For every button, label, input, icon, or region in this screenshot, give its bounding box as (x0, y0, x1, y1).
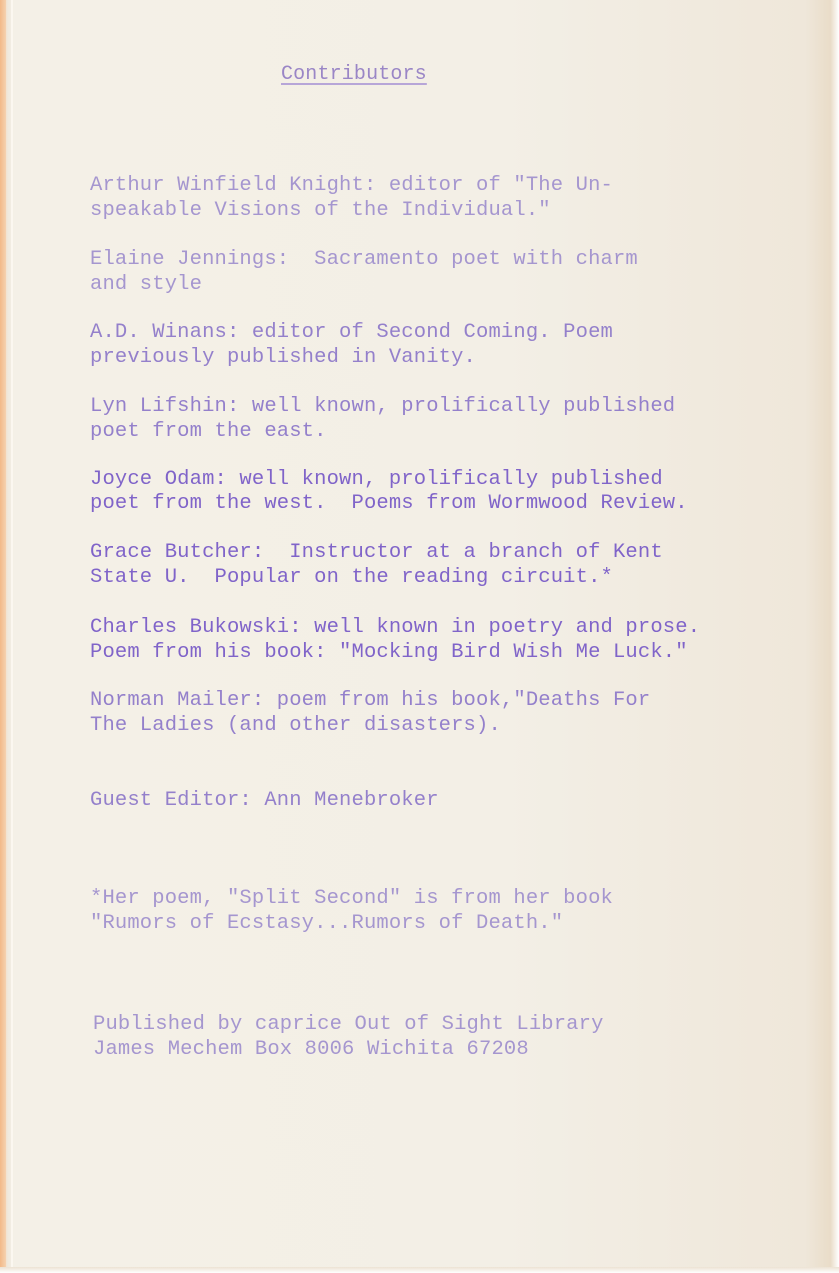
page-bottom-edge (0, 1267, 839, 1273)
entry-bukowski-line2: Poem from his book: "Mocking Bird Wish M… (90, 640, 688, 665)
guest-editor: Guest Editor: Ann Menebroker (90, 788, 439, 813)
typewritten-page: Contributors Arthur Winfield Knight: edi… (0, 0, 839, 1273)
entry-jennings-line1: Elaine Jennings: Sacramento poet with ch… (90, 247, 638, 272)
entry-lifshin-line2: poet from the east. (90, 419, 327, 444)
entry-knight-line2: speakable Visions of the Individual." (90, 198, 551, 223)
publisher-line1: Published by caprice Out of Sight Librar… (93, 1012, 604, 1037)
entry-winans-line2: previously published in Vanity. (90, 345, 476, 370)
page-edge (0, 0, 6, 1273)
entry-mailer-line2: The Ladies (and other disasters). (90, 713, 501, 738)
entry-lifshin-line1: Lyn Lifshin: well known, prolifically pu… (90, 394, 675, 419)
entry-jennings-line2: and style (90, 272, 202, 297)
footnote-line1: *Her poem, "Split Second" is from her bo… (90, 886, 613, 911)
publisher-line2: James Mechem Box 8006 Wichita 67208 (93, 1037, 529, 1062)
page-edge-highlight (11, 0, 13, 1273)
entry-odam-line1: Joyce Odam: well known, prolifically pub… (90, 467, 663, 492)
entry-butcher-line2: State U. Popular on the reading circuit.… (90, 565, 613, 590)
footnote-line2: "Rumors of Ecstasy...Rumors of Death." (90, 911, 563, 936)
entry-winans-line1: A.D. Winans: editor of Second Coming. Po… (90, 320, 613, 345)
entry-bukowski-line1: Charles Bukowski: well known in poetry a… (90, 615, 700, 640)
entry-mailer-line1: Norman Mailer: poem from his book,"Death… (90, 688, 650, 713)
entry-butcher-line1: Grace Butcher: Instructor at a branch of… (90, 540, 663, 565)
entry-odam-line2: poet from the west. Poems from Wormwood … (90, 491, 688, 516)
page-title: Contributors (281, 62, 427, 87)
entry-knight-line1: Arthur Winfield Knight: editor of "The U… (90, 173, 613, 198)
